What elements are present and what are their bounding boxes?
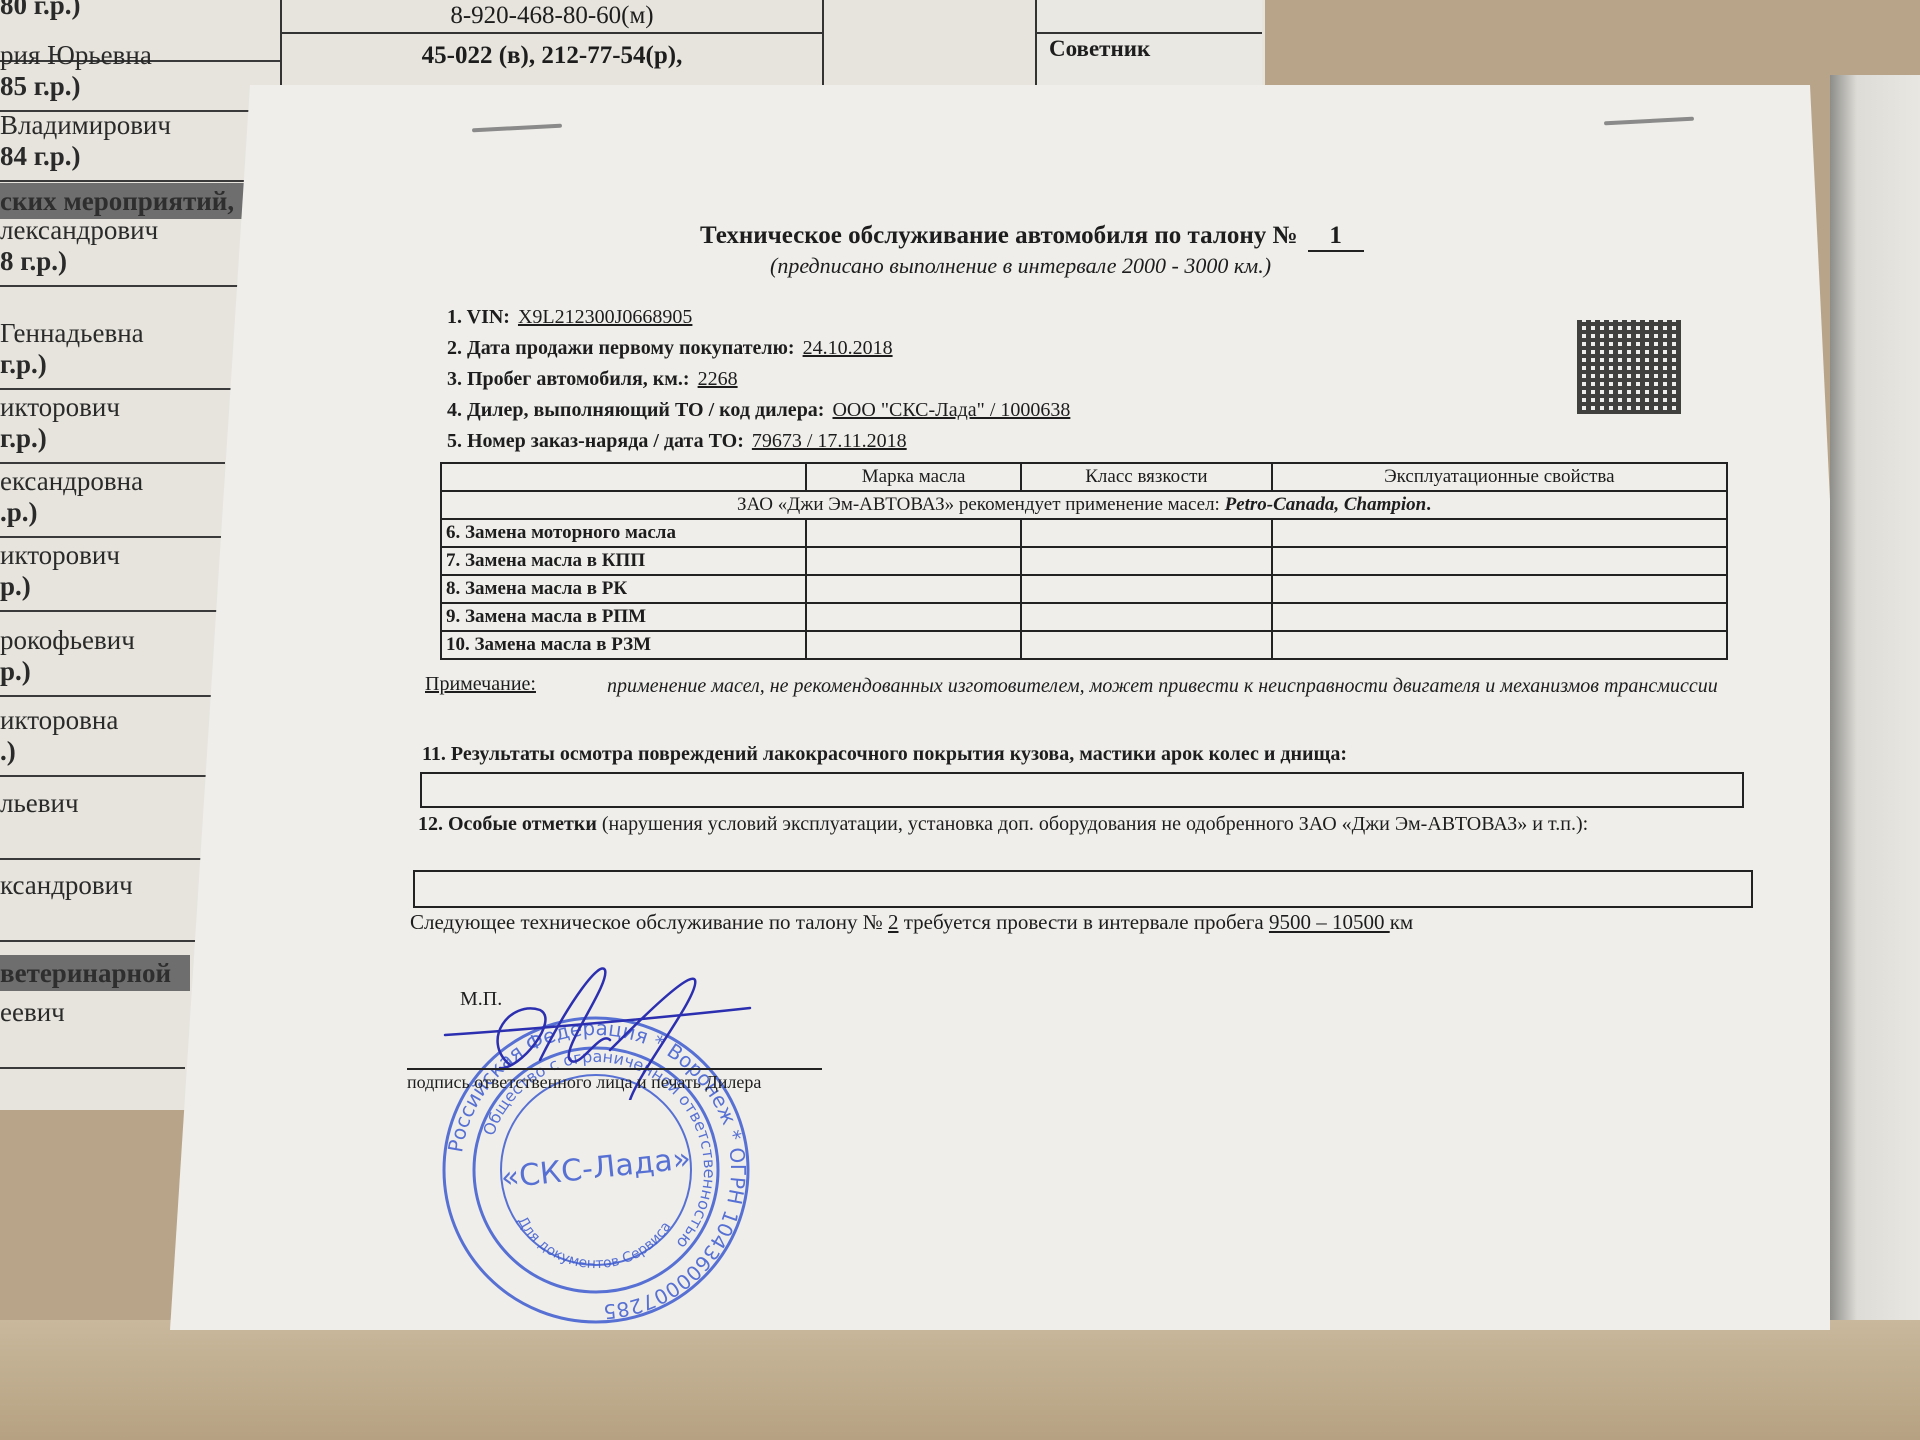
next-service-note: Следующее техническое обслуживание по та… bbox=[410, 910, 1413, 935]
section-12-label: 12. Особые отметки (нарушения условий эк… bbox=[418, 809, 1748, 840]
next-page-edge bbox=[1830, 75, 1920, 1320]
properties-cell[interactable] bbox=[1272, 631, 1727, 659]
row-label: 8. Замена масла в РК bbox=[441, 575, 806, 603]
roster-row: рокофьевичр.) bbox=[0, 625, 220, 697]
field-vin: 1. VIN:X9L212300J0668905 bbox=[447, 302, 1070, 333]
next-coupon-number: 2 bbox=[888, 910, 899, 934]
role-label: Советник bbox=[1049, 36, 1150, 62]
note-label: Примечание: bbox=[425, 673, 536, 696]
section-12-field[interactable] bbox=[413, 870, 1753, 908]
roster-row: рия Юрьевна85 г.р.) bbox=[0, 40, 280, 112]
roster-row: ександровна.р.) bbox=[0, 466, 225, 538]
signature-caption: подпись ответственного лица и печать Дил… bbox=[407, 1072, 761, 1093]
properties-cell[interactable] bbox=[1272, 519, 1727, 547]
oil-recommendation: ЗАО «Джи Эм-АВТОВАЗ» рекомендует примене… bbox=[441, 491, 1727, 519]
row-label: 10. Замена масла в РЗМ bbox=[441, 631, 806, 659]
dealer-value: ООО "СКС-Лада" / 1000638 bbox=[832, 399, 1070, 421]
viscosity-cell[interactable] bbox=[1021, 519, 1272, 547]
svg-text:«СКС-Лада»: «СКС-Лада» bbox=[499, 1141, 692, 1196]
roster-row: икторовна.) bbox=[0, 705, 215, 777]
roster-row: икторовичг.р.) bbox=[0, 392, 225, 464]
document-title: Техническое обслуживание автомобиля по т… bbox=[700, 222, 1364, 252]
viscosity-cell[interactable] bbox=[1021, 603, 1272, 631]
field-order: 5. Номер заказ-наряда / дата ТО:79673 / … bbox=[447, 426, 1070, 457]
datamatrix-code bbox=[1577, 320, 1681, 414]
viscosity-cell[interactable] bbox=[1021, 547, 1272, 575]
viscosity-cell[interactable] bbox=[1021, 631, 1272, 659]
oil-table-row: 6. Замена моторного масла bbox=[441, 519, 1727, 547]
roster-role-column: Советник bbox=[1035, 0, 1262, 85]
oil-brand-cell[interactable] bbox=[806, 547, 1021, 575]
roster-row: еевич bbox=[0, 997, 185, 1069]
row-label: 6. Замена моторного масла bbox=[441, 519, 806, 547]
vin-value: X9L212300J0668905 bbox=[518, 306, 692, 328]
oil-brand-cell[interactable] bbox=[806, 631, 1021, 659]
oil-table-row: 7. Замена масла в КПП bbox=[441, 547, 1727, 575]
oil-table-row: 9. Замена масла в РПМ bbox=[441, 603, 1727, 631]
oil-brand-cell[interactable] bbox=[806, 575, 1021, 603]
row-label: 7. Замена масла в КПП bbox=[441, 547, 806, 575]
oil-table-row: 8. Замена масла в РК bbox=[441, 575, 1727, 603]
wooden-surface-bottom bbox=[0, 1320, 1920, 1440]
sale-date-value: 24.10.2018 bbox=[803, 337, 893, 359]
phone-line-1: 8-920-468-80-60(м) bbox=[282, 0, 822, 34]
svg-text:Для документов Сервиса: Для документов Сервиса bbox=[514, 1214, 675, 1272]
field-sale-date: 2. Дата продажи первому покупателю:24.10… bbox=[447, 333, 1070, 364]
roster-row: Геннадьевна г.р.) bbox=[0, 318, 238, 390]
viscosity-cell[interactable] bbox=[1021, 575, 1272, 603]
signature-line bbox=[407, 1068, 822, 1070]
phone-line-2: 45-022 (в), 212-77-54(р), bbox=[282, 42, 822, 70]
properties-cell[interactable] bbox=[1272, 547, 1727, 575]
header-viscosity: Класс вязкости bbox=[1021, 463, 1272, 491]
section-11-field[interactable] bbox=[420, 772, 1744, 808]
roster-phones-column: 8-920-468-80-60(м) 45-022 (в), 212-77-54… bbox=[280, 0, 824, 85]
coupon-number: 1 bbox=[1308, 222, 1364, 252]
row-label: 9. Замена масла в РПМ bbox=[441, 603, 806, 631]
document-subtitle: (предписано выполнение в интервале 2000 … bbox=[770, 253, 1271, 279]
roster-row: лександрович8 г.р.) bbox=[0, 215, 240, 287]
roster-row: льевич bbox=[0, 788, 212, 860]
field-mileage: 3. Пробег автомобиля, км.:2268 bbox=[447, 364, 1070, 395]
section-11-label: 11. Результаты осмотра повреждений лакок… bbox=[422, 743, 1347, 766]
header-oil-brand: Марка масла bbox=[806, 463, 1021, 491]
roster-row: ксандрович bbox=[0, 870, 210, 942]
oil-brand-cell[interactable] bbox=[806, 519, 1021, 547]
next-service-range: 9500 – 10500 bbox=[1269, 910, 1390, 934]
properties-cell[interactable] bbox=[1272, 603, 1727, 631]
oil-table-row: 10. Замена масла в РЗМ bbox=[441, 631, 1727, 659]
roster-section-band: ских мероприятий, bbox=[0, 183, 245, 219]
header-properties: Эксплуатационные свойства bbox=[1272, 463, 1727, 491]
roster-row: икторовичр.) bbox=[0, 540, 225, 612]
order-value: 79673 / 17.11.2018 bbox=[752, 430, 907, 452]
oil-brand-cell[interactable] bbox=[806, 603, 1021, 631]
roster-section-band: ветеринарной bbox=[0, 955, 190, 991]
mileage-value: 2268 bbox=[698, 368, 738, 390]
vehicle-fields: 1. VIN:X9L212300J0668905 2. Дата продажи… bbox=[447, 302, 1070, 457]
roster-row: Владимирович84 г.р.) bbox=[0, 110, 250, 182]
note-text: применение масел, не рекомендованных изг… bbox=[607, 673, 1727, 700]
field-dealer: 4. Дилер, выполняющий ТО / код дилера:ОО… bbox=[447, 395, 1070, 426]
oil-change-table: Марка масла Класс вязкости Эксплуатацион… bbox=[440, 462, 1728, 660]
properties-cell[interactable] bbox=[1272, 575, 1727, 603]
